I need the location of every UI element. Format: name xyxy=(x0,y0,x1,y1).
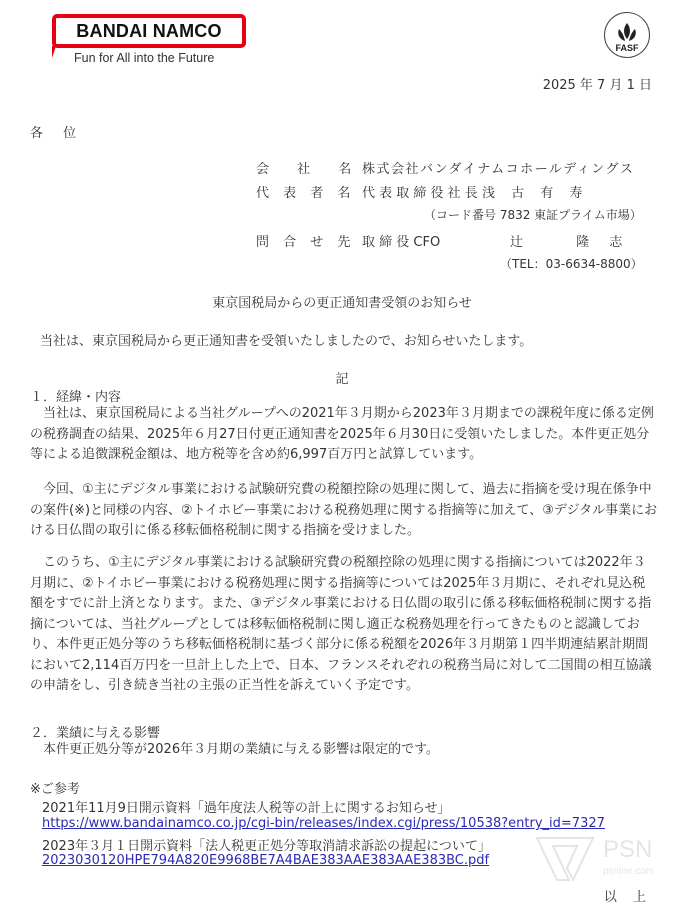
section-1-paragraph-3: このうち、①主にデジタル事業における試験研究費の税額控除の処理に関する指摘につい… xyxy=(30,553,658,697)
representative-label: 代 表 者 名 xyxy=(256,182,355,201)
contact-label: 問 合 せ 先 xyxy=(256,231,355,250)
contact-tel: （TEL：03-6634-8800） xyxy=(500,255,643,272)
reference-2-link[interactable]: 2023030120HPE794A820E9968BE7A4BAE383AAE3… xyxy=(42,853,489,868)
logo-wordmark: BANDAI NAMCO xyxy=(76,21,221,42)
logo-tagline: Fun for All into the Future xyxy=(52,51,250,65)
reference-2-label: 2023年３月１日開示資料「法人税更正処分等取消請求訴訟の提起について」 xyxy=(42,835,491,854)
representative-name: 浅 古 有 寿 xyxy=(482,182,588,201)
fasf-seal-icon: FASF xyxy=(604,12,650,58)
reference-heading: ※ご参考 xyxy=(30,778,80,797)
fasf-label: FASF xyxy=(615,43,638,53)
stock-code-note: （コード番号 7832 東証プライム市場） xyxy=(424,206,642,223)
company-label: 会 社 名 xyxy=(256,158,363,177)
company-name: 株式会社バンダイナムコホールディングス xyxy=(362,158,634,177)
document-title: 東京国税局からの更正通知書受領のお知らせ xyxy=(0,292,684,311)
ki-marker: 記 xyxy=(0,368,684,387)
contact-name: 辻 隆 志 xyxy=(510,231,630,250)
section-2-paragraph-1: 本件更正処分等が2026年３月期の業績に与える影響は限定的です。 xyxy=(30,740,658,761)
addressee: 各 位 xyxy=(30,122,84,141)
reference-1-label: 2021年11月9日開示資料「過年度法人税等の計上に関するお知らせ」 xyxy=(42,797,451,816)
psnine-watermark: PSN psnine.com xyxy=(535,828,675,888)
section-1-paragraph-2: 今回、①主にデジタル事業における試験研究費の税額控除の処理に関して、過去に指摘を… xyxy=(30,480,658,542)
section-1-heading: １．経緯・内容 xyxy=(30,386,121,405)
contact-title: 取 締 役 CFO xyxy=(362,231,440,250)
representative-title: 代 表 取 締 役 社 長 xyxy=(362,182,478,201)
section-2-heading: ２．業績に与える影響 xyxy=(30,722,160,741)
leaf-emblem-icon xyxy=(614,21,640,45)
reference-1-link[interactable]: https://www.bandainamco.co.jp/cgi-bin/re… xyxy=(42,816,605,831)
watermark-brand: PSN xyxy=(603,836,652,864)
logo-frame: BANDAI NAMCO xyxy=(52,14,246,48)
section-1-paragraph-1: 当社は、東京国税局による当社グループへの2021年３月期から2023年３月期まで… xyxy=(30,404,658,466)
release-date: 2025 年 7 月 1 日 xyxy=(543,74,652,93)
lead-paragraph: 当社は、東京国税局から更正通知書を受領いたしましたので、お知らせいたします。 xyxy=(40,330,532,349)
bandai-namco-logo: BANDAI NAMCO Fun for All into the Future xyxy=(52,14,250,65)
watermark-site: psnine.com xyxy=(603,866,654,877)
closing-mark: 以 上 xyxy=(604,886,652,905)
